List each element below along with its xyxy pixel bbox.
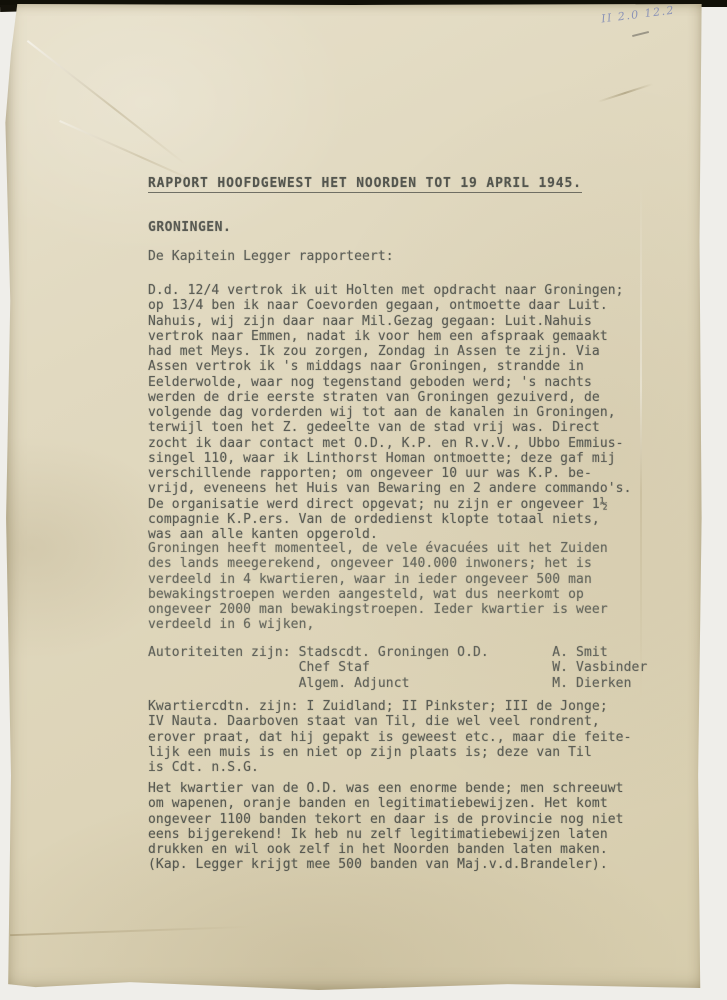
paragraph-quarter-commanders: Kwartiercdtn. zijn: I Zuidland; II Pinks… <box>148 699 632 775</box>
report-title-text: RAPPORT HOOFDGEWEST HET NOORDEN TOT 19 A… <box>148 176 582 193</box>
scanned-document-page: II 2.0 12.2 RAPPORT HOOFDGEWEST HET NOOR… <box>0 0 727 1000</box>
authorities-table: Autoriteiten zijn: Stadscdt. Groningen O… <box>148 645 647 691</box>
paragraph-od-situation: Het kwartier van de O.D. was een enorme … <box>148 781 624 873</box>
reporter-line: De Kapitein Legger rapporteert: <box>148 249 394 264</box>
paragraph-journey-report: D.d. 12/4 vertrok ik uit Holten met opdr… <box>148 283 632 542</box>
section-heading-groningen: GRONINGEN. <box>148 220 231 235</box>
paragraph-population-quarters: Groningen heeft momenteel, de vele évacu… <box>148 541 608 633</box>
report-title: RAPPORT HOOFDGEWEST HET NOORDEN TOT 19 A… <box>148 176 582 191</box>
typewritten-text-layer: RAPPORT HOOFDGEWEST HET NOORDEN TOT 19 A… <box>0 0 727 1000</box>
